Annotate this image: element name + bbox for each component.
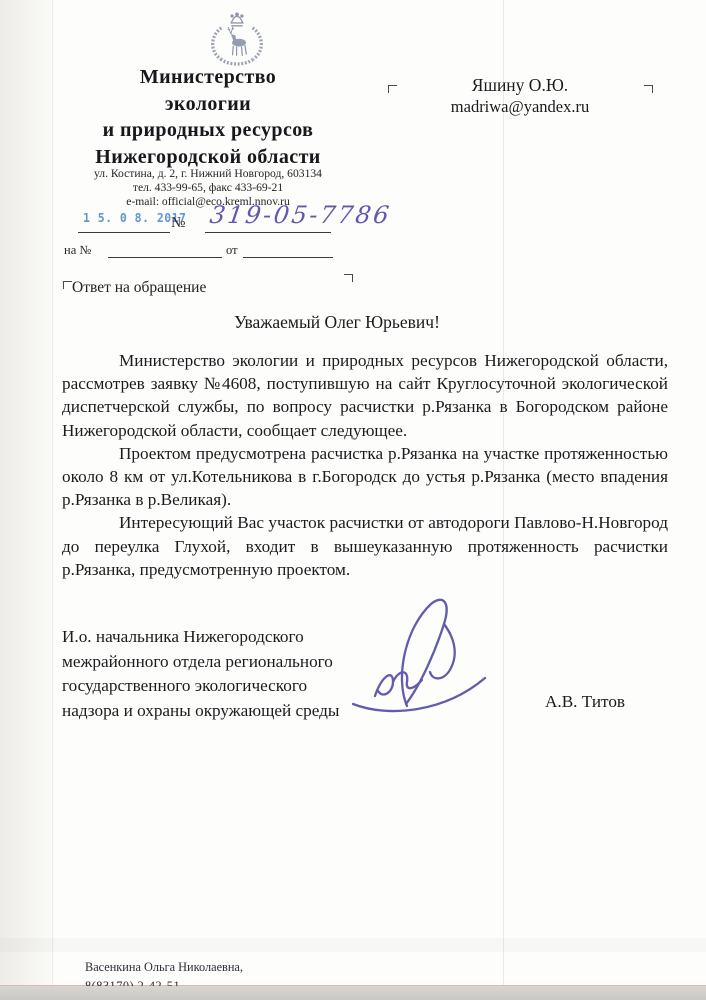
body-paragraph: Министерство экологии и природных ресурс… (62, 349, 668, 442)
recipient-name: Яшину О.Ю. (400, 75, 640, 96)
scan-edge-bottom (0, 985, 706, 1000)
body-paragraph: Проектом предусмотрена расчистка р.Рязан… (62, 442, 668, 512)
signer-position-line: межрайонного отдела регионального (62, 650, 382, 675)
scanned-letter-page: Министерство экологии и природных ресурс… (0, 0, 706, 1000)
body-paragraph: Интересующий Вас участок расчистки от ав… (62, 511, 668, 581)
recipient-email: madriwa@yandex.ru (400, 96, 640, 117)
from-label: от (226, 243, 238, 258)
corner-mark-recipient-right (644, 85, 653, 93)
signer-name: А.В. Титов (545, 692, 625, 712)
date-stamp: 1 5. 0 8. 2017 (83, 210, 166, 225)
recipient-block: Яшину О.Ю. madriwa@yandex.ru (400, 75, 640, 117)
scan-shade-band (0, 938, 706, 952)
corner-mark-subject-right (344, 274, 353, 282)
number-sign: № (171, 215, 185, 232)
scan-edge-line (52, 0, 53, 1000)
signer-position-line: И.о. начальника Нижегородского (62, 625, 382, 650)
from-underline (243, 241, 333, 258)
letterhead-address: ул. Костина, д. 2, г. Нижний Новгород, 6… (58, 167, 358, 181)
signer-position-line: государственного экологического (62, 674, 382, 699)
on-number-underline (108, 241, 222, 258)
corner-mark-subject-left (63, 281, 72, 289)
handwritten-outgoing-number: 319-05-7786 (208, 201, 393, 229)
scan-edge-left (0, 0, 55, 1000)
corner-mark-recipient-left (388, 85, 397, 93)
signer-position-line: надзора и охраны окружающей среды (62, 699, 382, 724)
salutation: Уважаемый Олег Юрьевич! (62, 312, 612, 333)
letterhead-ministry-name: Министерство экологии и природных ресурс… (58, 64, 358, 170)
ministry-line: и природных ресурсов (58, 117, 358, 144)
executor-name: Васенкина Ольга Николаевна, (85, 960, 243, 975)
handwritten-signature (345, 592, 513, 726)
executor-phone-clipped: 8(83170) 2-42-51 (85, 979, 180, 986)
letterhead-phone: тел. 433-99-65, факс 433-69-21 (58, 181, 358, 195)
subject-line: Ответ на обращение (72, 279, 206, 297)
ministry-line: Министерство (58, 64, 358, 91)
ministry-line: экологии (58, 91, 358, 118)
signer-position-block: И.о. начальника Нижегородского межрайонн… (62, 625, 382, 723)
letter-body: Министерство экологии и природных ресурс… (62, 349, 668, 581)
on-number-label: на № (64, 243, 91, 258)
coat-of-arms-icon (196, 12, 278, 70)
